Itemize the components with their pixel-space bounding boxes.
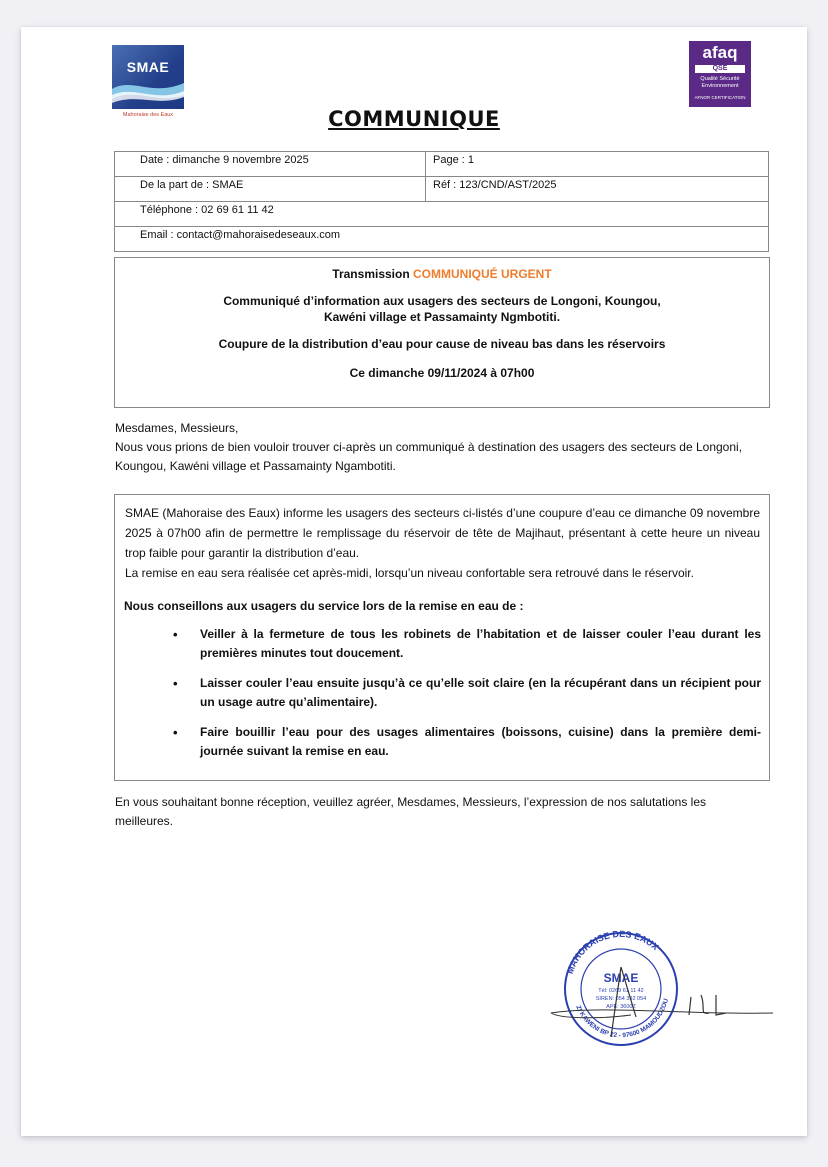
transmission-box: Transmission COMMUNIQUÉ URGENT Communiqu…: [114, 257, 770, 408]
stamp-icon: MAHORAISE DES EAUX ZI KAWENI BP 22 - 976…: [541, 927, 781, 1047]
subject-line-2: Kawéni village et Passamainty Ngmbotiti.: [115, 310, 769, 324]
afaq-qse-badge: QSE: [695, 65, 745, 73]
document-page: SMAE Mahoraise des Eaux afaq QSE Qualité…: [21, 27, 807, 1136]
afaq-line1: Qualité Sécurité: [689, 76, 751, 82]
info-paragraph: SMAE (Mahoraise des Eaux) informe les us…: [125, 503, 760, 583]
transmission-prefix: Transmission: [332, 267, 409, 281]
meta-phone: Téléphone : 02 69 61 11 42: [115, 202, 769, 227]
cause-line: Coupure de la distribution d’eau pour ca…: [115, 337, 769, 351]
smae-logo-box: SMAE: [112, 45, 184, 109]
page-title: COMMUNIQUE: [21, 107, 807, 131]
restore-text: La remise en eau sera réalisée cet après…: [125, 563, 760, 583]
afaq-line2: Environnement: [689, 83, 751, 89]
afaq-logo-text: afaq: [689, 43, 751, 63]
meta-from: De la part de : SMAE: [115, 177, 426, 202]
when-line: Ce dimanche 09/11/2024 à 07h00: [115, 366, 769, 380]
meta-page: Page : 1: [426, 152, 769, 177]
smae-logo-text: SMAE: [112, 59, 184, 75]
intro-text: Nous vous prions de bien vouloir trouver…: [115, 438, 765, 476]
info-text: SMAE (Mahoraise des Eaux) informe les us…: [125, 503, 760, 563]
afaq-logo: afaq QSE Qualité Sécurité Environnement …: [689, 41, 751, 107]
list-item: Veiller à la fermeture de tous les robin…: [173, 625, 761, 663]
svg-text:MAHORAISE DES EAUX: MAHORAISE DES EAUX: [565, 929, 661, 975]
meta-email: Email : contact@mahoraisedeseaux.com: [115, 227, 769, 252]
svg-text:Tél: 0269 61 11 42: Tél: 0269 61 11 42: [598, 988, 643, 994]
afaq-line3: AFNOR CERTIFICATION: [689, 95, 751, 101]
greeting: Mesdames, Messieurs,: [115, 419, 765, 438]
advice-list: Veiller à la fermeture de tous les robin…: [173, 625, 761, 772]
wave-icon: [112, 45, 184, 109]
urgent-label: COMMUNIQUÉ URGENT: [413, 267, 552, 281]
list-item: Faire bouillir l’eau pour des usages ali…: [173, 723, 761, 761]
meta-date: Date : dimanche 9 novembre 2025: [115, 152, 426, 177]
closing-text: En vous souhaitant bonne réception, veui…: [115, 793, 765, 831]
svg-text:SMAE: SMAE: [604, 971, 639, 985]
transmission-line: Transmission COMMUNIQUÉ URGENT: [115, 267, 769, 281]
meta-ref: Réf : 123/CND/AST/2025: [426, 177, 769, 202]
meta-table: Date : dimanche 9 novembre 2025 Page : 1…: [114, 151, 769, 252]
list-item: Laisser couler l’eau ensuite jusqu’à ce …: [173, 674, 761, 712]
signature-stamp: MAHORAISE DES EAUX ZI KAWENI BP 22 - 976…: [541, 927, 781, 1047]
intro: Mesdames, Messieurs, Nous vous prions de…: [115, 419, 765, 476]
advice-title: Nous conseillons aux usagers du service …: [124, 596, 524, 616]
subject-line-1: Communiqué d’information aux usagers des…: [115, 294, 769, 308]
svg-text:SIREN: 054 392 054: SIREN: 054 392 054: [596, 996, 646, 1002]
info-box: SMAE (Mahoraise des Eaux) informe les us…: [114, 494, 770, 781]
